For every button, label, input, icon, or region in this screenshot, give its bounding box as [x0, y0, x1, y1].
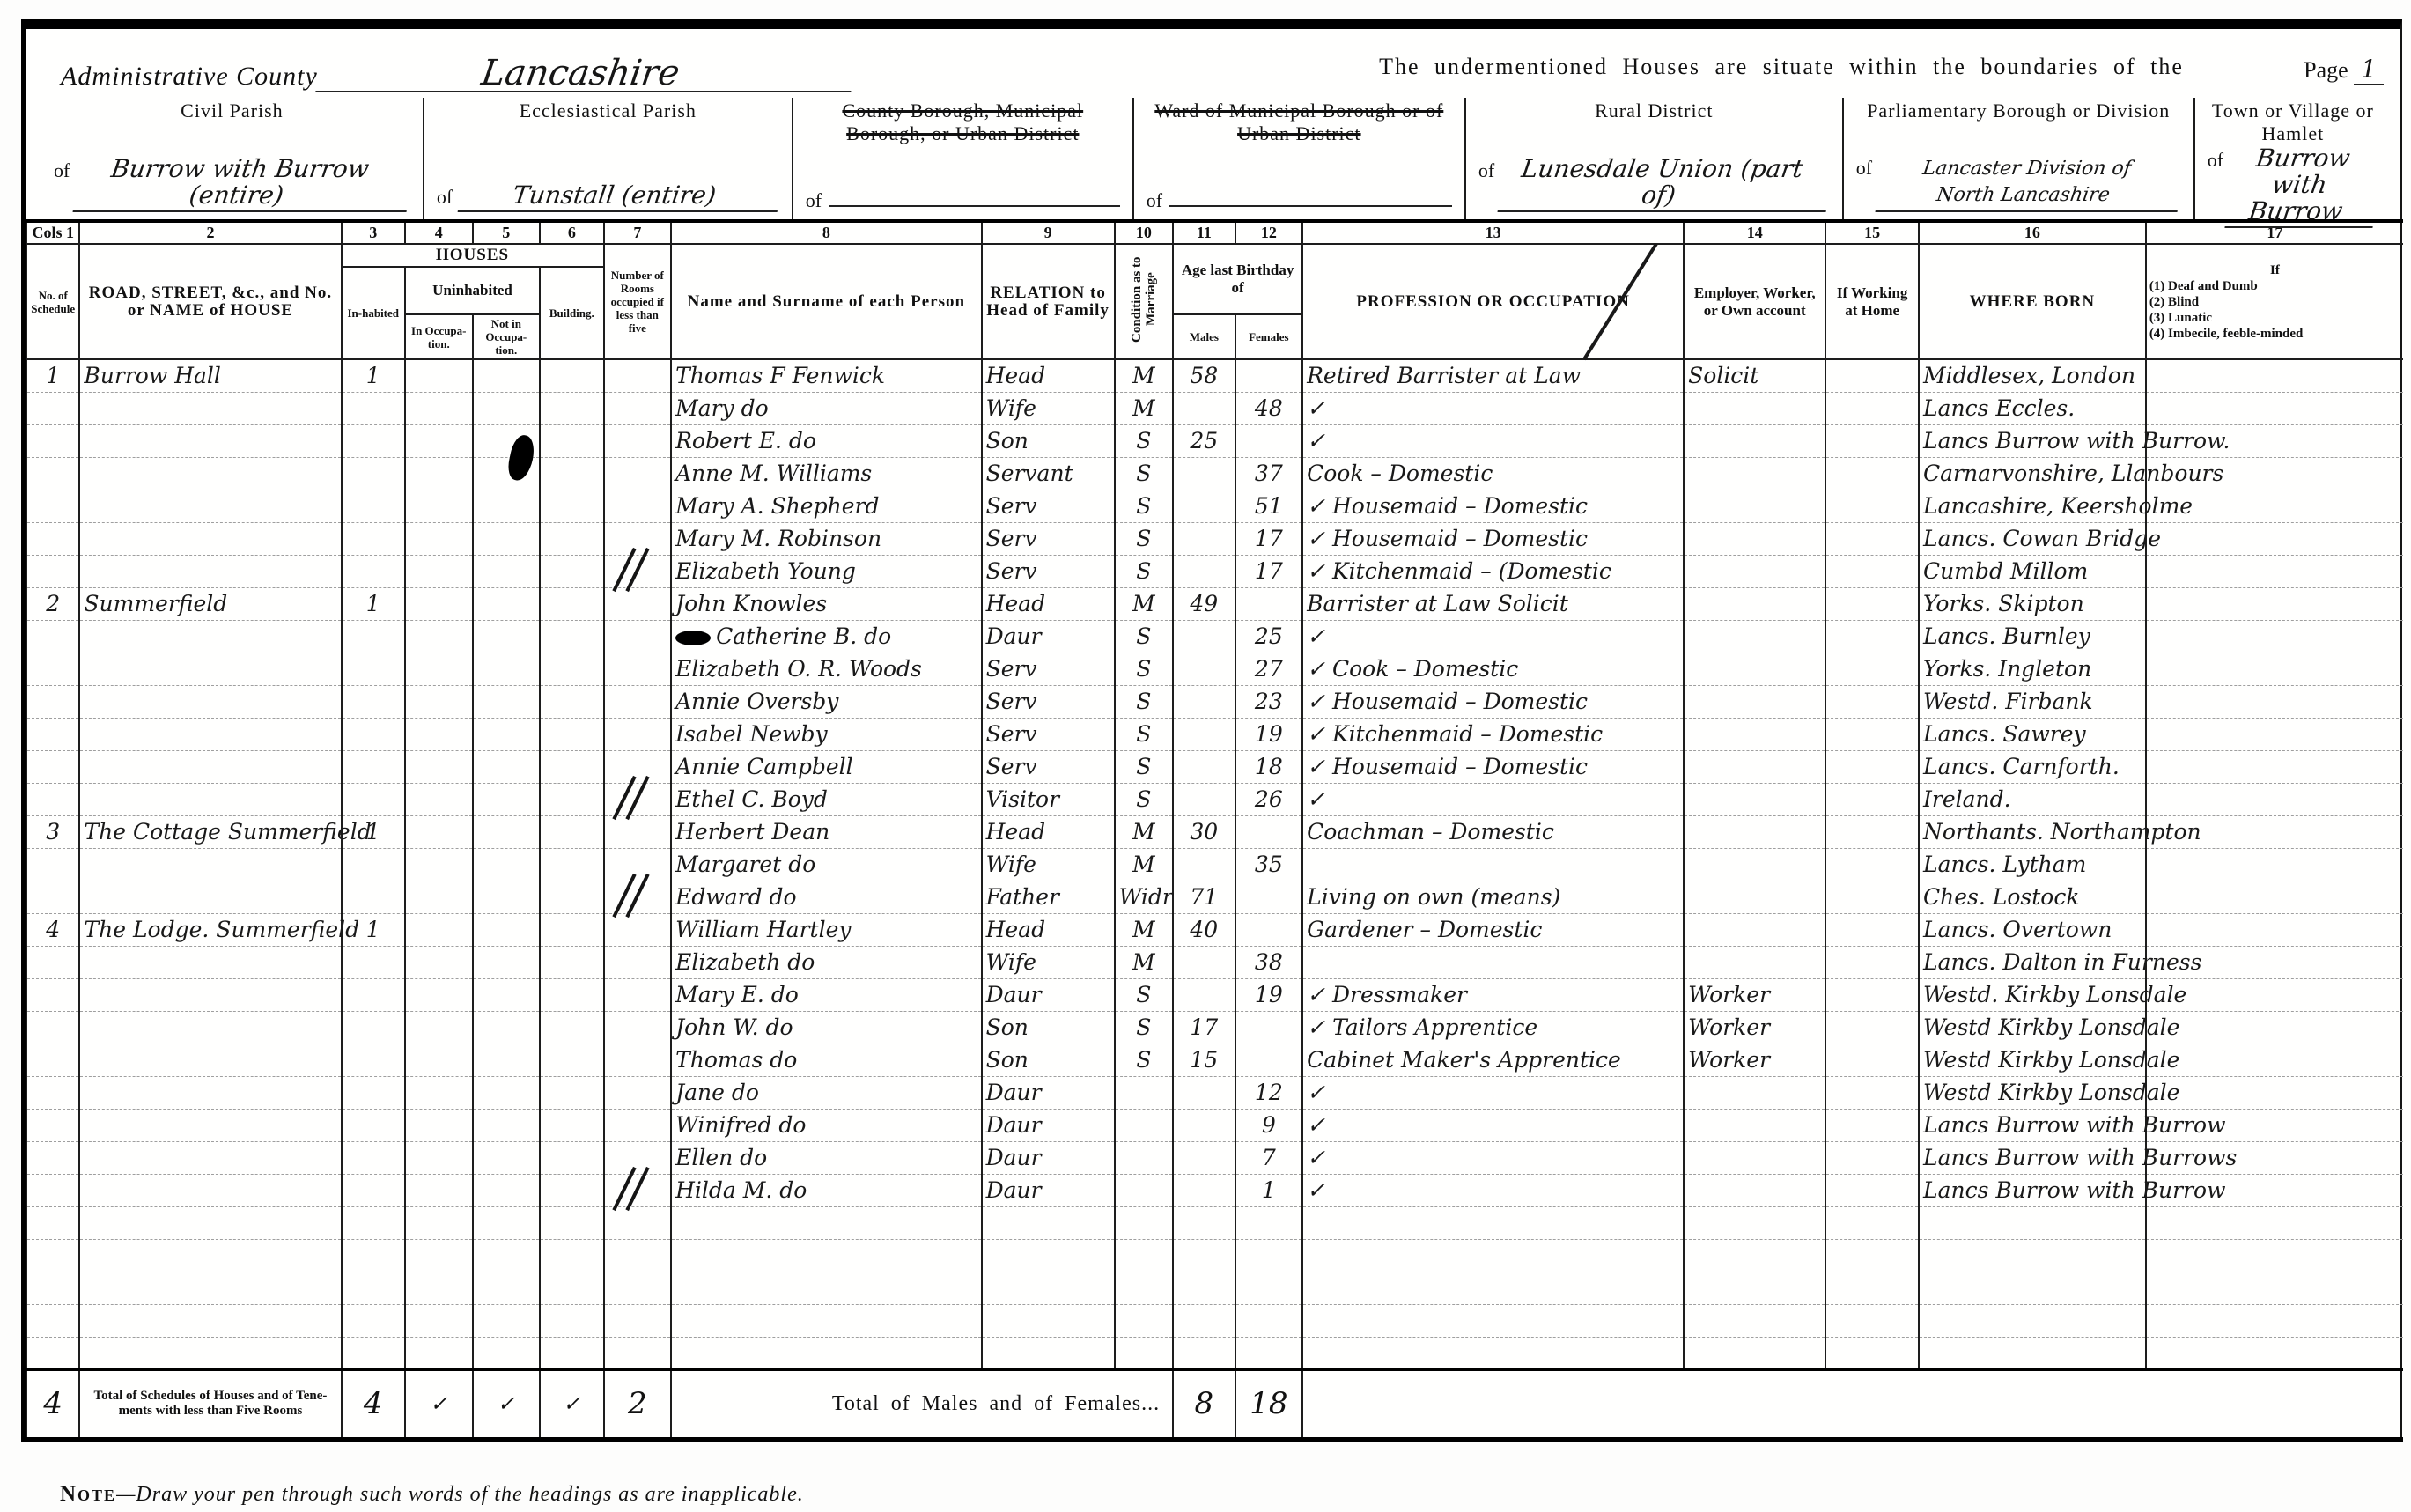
occupation-cell: ✓	[1302, 1109, 1684, 1141]
occupation-cell: ✓ Kitchenmaid – (Domestic	[1302, 555, 1684, 587]
occupation-cell: ✓	[1302, 1141, 1684, 1174]
person-name-cell: Catherine B. do	[671, 620, 981, 653]
employer-cell	[1684, 685, 1825, 718]
person-name-cell: Isabel Newby	[671, 718, 981, 750]
employer-cell	[1684, 1174, 1825, 1206]
rooms-cell	[604, 1304, 672, 1337]
table-header: Cols 1 2 3 4 5 6 7 8 9 10 11 12 13 14 15…	[26, 221, 2403, 359]
header-in-occupation: In Occupa-tion.	[405, 314, 473, 359]
person-name-cell	[671, 1304, 981, 1337]
header-relation: RELATION to Head of Family	[982, 244, 1115, 359]
where-born-cell: Lancs. Lytham	[1919, 848, 2146, 881]
schedule-number-cell	[26, 1141, 79, 1174]
occupation-cell: ✓ Dressmaker	[1302, 978, 1684, 1011]
working-at-home-cell	[1825, 1141, 1919, 1174]
uninhabited-not-occupation-cell	[473, 1141, 541, 1174]
building-cell	[540, 457, 604, 490]
person-name-cell: Herbert Dean	[671, 815, 981, 848]
relation-cell: Daur	[982, 1174, 1115, 1206]
occupation-cell: ✓ Housemaid – Domestic	[1302, 750, 1684, 783]
header-building: Building.	[540, 267, 604, 359]
building-cell	[540, 1174, 604, 1206]
totals-females: 18	[1235, 1369, 1303, 1440]
inhabited-cell	[342, 1337, 406, 1369]
age-male-cell	[1173, 1239, 1235, 1272]
infirmity-cell	[2146, 718, 2403, 750]
road-house-cell	[79, 522, 341, 555]
of-label: of	[2208, 149, 2223, 172]
relation-cell: Daur	[982, 620, 1115, 653]
uninhabited-in-occupation-cell	[405, 555, 473, 587]
inhabited-cell	[342, 1304, 406, 1337]
where-born-cell: Lancs. Carnforth.	[1919, 750, 2146, 783]
person-name-cell: William Hartley	[671, 913, 981, 946]
condition-cell: S	[1115, 783, 1173, 815]
road-house-cell	[79, 457, 341, 490]
building-cell	[540, 620, 604, 653]
col-number: 12	[1235, 221, 1303, 244]
condition-cell: S	[1115, 424, 1173, 457]
infirmity-cell	[2146, 1304, 2403, 1337]
occupation-cell: Cabinet Maker's Apprentice	[1302, 1044, 1684, 1076]
building-cell	[540, 653, 604, 685]
uninhabited-in-occupation-cell	[405, 978, 473, 1011]
infirmity-cell	[2146, 1239, 2403, 1272]
person-row: Winifred do Daur 9 ✓ Lancs Burrow with B…	[26, 1109, 2403, 1141]
condition-cell	[1115, 1206, 1173, 1239]
condition-cell: S	[1115, 653, 1173, 685]
employer-cell	[1684, 1109, 1825, 1141]
condition-cell: S	[1115, 620, 1173, 653]
relation-cell: Serv	[982, 718, 1115, 750]
inhabited-cell	[342, 783, 406, 815]
enumeration-table: Cols 1 2 3 4 5 6 7 8 9 10 11 12 13 14 15…	[26, 219, 2403, 1442]
rooms-cell	[604, 587, 672, 620]
uninhabited-in-occupation-cell	[405, 620, 473, 653]
uninhabited-in-occupation-cell	[405, 1174, 473, 1206]
field-parliamentary-borough: Parliamentary Borough or Division ofLanc…	[1844, 98, 2195, 219]
road-house-cell	[79, 783, 341, 815]
header-infirmity: If (1) Deaf and Dumb (2) Blind (3) Lunat…	[2146, 244, 2403, 359]
inhabited-cell	[342, 848, 406, 881]
person-row: Ethel C. Boyd Visitor S 26 ✓ Ireland.	[26, 783, 2403, 815]
rooms-cell	[604, 718, 672, 750]
where-born-cell	[1919, 1337, 2146, 1369]
rooms-cell	[604, 946, 672, 978]
uninhabited-not-occupation-cell	[473, 1304, 541, 1337]
col-number: 10	[1115, 221, 1173, 244]
uninhabited-not-occupation-cell	[473, 750, 541, 783]
working-at-home-cell	[1825, 1239, 1919, 1272]
working-at-home-cell	[1825, 1206, 1919, 1239]
infirmity-cell	[2146, 1011, 2403, 1044]
building-cell	[540, 1272, 604, 1304]
schedule-number-cell	[26, 1044, 79, 1076]
schedule-number-cell	[26, 750, 79, 783]
uninhabited-in-occupation-cell	[405, 1206, 473, 1239]
occupation-cell	[1302, 848, 1684, 881]
employer-cell	[1684, 1076, 1825, 1109]
age-male-cell	[1173, 522, 1235, 555]
age-male-cell	[1173, 946, 1235, 978]
working-at-home-cell	[1825, 1011, 1919, 1044]
col-number: 7	[604, 221, 672, 244]
census-page-scan: Administrative County Lancashire The und…	[0, 0, 2411, 1512]
employer-cell	[1684, 424, 1825, 457]
employer-cell	[1684, 1304, 1825, 1337]
note-word: Note	[60, 1482, 116, 1506]
rooms-cell	[604, 1239, 672, 1272]
employer-cell	[1684, 913, 1825, 946]
working-at-home-cell	[1825, 1174, 1919, 1206]
rooms-cell	[604, 1141, 672, 1174]
uninhabited-in-occupation-cell	[405, 1044, 473, 1076]
occupation-cell: ✓ Tailors Apprentice	[1302, 1011, 1684, 1044]
rooms-cell	[604, 620, 672, 653]
road-house-cell	[79, 620, 341, 653]
totals-check: ✓	[540, 1369, 604, 1440]
schedule-number-cell	[26, 783, 79, 815]
employer-cell	[1684, 587, 1825, 620]
infirmity-cell	[2146, 1076, 2403, 1109]
where-born-cell: Yorks. Ingleton	[1919, 653, 2146, 685]
uninhabited-in-occupation-cell	[405, 1109, 473, 1141]
age-male-cell	[1173, 1206, 1235, 1239]
uninhabited-in-occupation-cell	[405, 783, 473, 815]
person-row: Hilda M. do Daur 1 ✓ Lancs Burrow with B…	[26, 1174, 2403, 1206]
age-female-cell: 25	[1235, 620, 1303, 653]
building-cell	[540, 783, 604, 815]
inhabited-cell	[342, 653, 406, 685]
schedule-number-cell: 3	[26, 815, 79, 848]
building-cell	[540, 490, 604, 522]
relation-cell	[982, 1272, 1115, 1304]
road-house-cell	[79, 392, 341, 424]
occupation-cell: Living on own (means)	[1302, 881, 1684, 913]
header-band-districts: Civil Parish ofBurrow with Burrow (entir…	[26, 94, 2400, 219]
totals-rooms: 2	[604, 1369, 672, 1440]
employer-cell	[1684, 750, 1825, 783]
uninhabited-not-occupation-cell	[473, 718, 541, 750]
where-born-cell: Westd Kirkby Lonsdale	[1919, 1044, 2146, 1076]
field-rural-district: Rural District ofLunesdale Union (part o…	[1466, 98, 1844, 219]
header-uninhabited-group: Uninhabited	[405, 267, 540, 314]
building-cell	[540, 718, 604, 750]
col-number: 13	[1302, 221, 1684, 244]
inhabited-cell	[342, 750, 406, 783]
road-house-cell	[79, 653, 341, 685]
person-row: Elizabeth Young Serv S 17 ✓ Kitchenmaid …	[26, 555, 2403, 587]
age-female-cell: 1	[1235, 1174, 1303, 1206]
schedule-number-cell	[26, 1076, 79, 1109]
situate-line: The undermentioned Houses are situate wi…	[1346, 54, 2216, 92]
column-labels-row-1: No. of Schedule ROAD, STREET, &c., and N…	[26, 244, 2403, 267]
civil-parish-label: Civil Parish	[50, 100, 414, 122]
schedule-number-cell	[26, 685, 79, 718]
inhabited-cell	[342, 1272, 406, 1304]
condition-cell	[1115, 1239, 1173, 1272]
infirmity-cell	[2146, 392, 2403, 424]
occupation-cell	[1302, 946, 1684, 978]
person-row: Anne M. Williams Servant S 37 Cook – Dom…	[26, 457, 2403, 490]
working-at-home-cell	[1825, 1076, 1919, 1109]
where-born-cell	[1919, 1272, 2146, 1304]
road-house-cell	[79, 685, 341, 718]
infirmity-cell	[2146, 881, 2403, 913]
schedule-number-cell	[26, 1337, 79, 1369]
schedule-number-cell	[26, 718, 79, 750]
person-row: Annie Campbell Serv S 18 ✓ Housemaid – D…	[26, 750, 2403, 783]
person-name-cell: Edward do	[671, 881, 981, 913]
age-male-cell	[1173, 1076, 1235, 1109]
age-female-cell	[1235, 359, 1303, 392]
where-born-cell: Northants. Northampton	[1919, 815, 2146, 848]
rooms-cell	[604, 783, 672, 815]
condition-cell: S	[1115, 522, 1173, 555]
ward-value	[1169, 203, 1452, 207]
age-male-cell	[1173, 718, 1235, 750]
road-house-cell	[79, 1109, 341, 1141]
schedule-number-cell	[26, 424, 79, 457]
occupation-cell: ✓ Cook – Domestic	[1302, 653, 1684, 685]
note-text: —Draw your pen through such words of the…	[116, 1483, 804, 1506]
working-at-home-cell	[1825, 1304, 1919, 1337]
occupation-cell: Barrister at Law Solicit	[1302, 587, 1684, 620]
condition-cell: S	[1115, 1044, 1173, 1076]
totals-blank	[1302, 1369, 2403, 1440]
age-female-cell: 26	[1235, 783, 1303, 815]
working-at-home-cell	[1825, 783, 1919, 815]
where-born-cell: Lancs Burrow with Burrow	[1919, 1174, 2146, 1206]
employer-cell	[1684, 490, 1825, 522]
page-number-field: Page 1	[2216, 55, 2384, 92]
condition-cell: S	[1115, 490, 1173, 522]
rooms-cell	[604, 522, 672, 555]
where-born-cell: Westd Kirkby Lonsdale	[1919, 1076, 2146, 1109]
uninhabited-not-occupation-cell	[473, 1076, 541, 1109]
schedule-number-cell	[26, 881, 79, 913]
rooms-cell	[604, 913, 672, 946]
road-house-cell	[79, 1304, 341, 1337]
occupation-cell: ✓	[1302, 1076, 1684, 1109]
working-at-home-cell	[1825, 718, 1919, 750]
building-cell	[540, 750, 604, 783]
person-name-cell: Elizabeth do	[671, 946, 981, 978]
road-house-cell	[79, 718, 341, 750]
relation-cell: Serv	[982, 685, 1115, 718]
schedule-number-cell	[26, 522, 79, 555]
where-born-cell: Middlesex, London	[1919, 359, 2146, 392]
uninhabited-in-occupation-cell	[405, 653, 473, 685]
building-cell	[540, 946, 604, 978]
person-row: Mary A. Shepherd Serv S 51 ✓ Housemaid –…	[26, 490, 2403, 522]
building-cell	[540, 1011, 604, 1044]
age-male-cell	[1173, 1174, 1235, 1206]
age-male-cell	[1173, 457, 1235, 490]
col-number: 8	[671, 221, 981, 244]
person-row: 2 Summerfield 1 John Knowles Head M 49 B…	[26, 587, 2403, 620]
occupation-cell: Cook – Domestic	[1302, 457, 1684, 490]
person-name-cell: John W. do	[671, 1011, 981, 1044]
uninhabited-in-occupation-cell	[405, 392, 473, 424]
working-at-home-cell	[1825, 392, 1919, 424]
schedule-number-cell	[26, 457, 79, 490]
relation-cell: Wife	[982, 946, 1115, 978]
building-cell	[540, 587, 604, 620]
totals-check: ✓	[405, 1369, 473, 1440]
where-born-cell: Ches. Lostock	[1919, 881, 2146, 913]
rooms-cell	[604, 653, 672, 685]
uninhabited-not-occupation-cell	[473, 359, 541, 392]
schedule-number-cell	[26, 946, 79, 978]
field-ecclesiastical-parish: Ecclesiastical Parish ofTunstall (entire…	[424, 98, 793, 219]
rooms-cell	[604, 848, 672, 881]
inhabited-cell	[342, 1076, 406, 1109]
infirmity-cell	[2146, 848, 2403, 881]
infirmity-cell	[2146, 620, 2403, 653]
person-name-cell: Elizabeth Young	[671, 555, 981, 587]
header-band-county: Administrative County Lancashire The und…	[26, 29, 2400, 94]
uninhabited-not-occupation-cell	[473, 457, 541, 490]
road-house-cell	[79, 1239, 341, 1272]
building-cell	[540, 685, 604, 718]
header-houses-group: HOUSES	[342, 244, 604, 267]
inhabited-cell	[342, 1011, 406, 1044]
person-name-cell	[671, 1337, 981, 1369]
person-name-cell: Margaret do	[671, 848, 981, 881]
condition-cell: S	[1115, 685, 1173, 718]
occupation-cell	[1302, 1239, 1684, 1272]
county-borough-label-struck: County Borough, Municipal Borough, or Ur…	[802, 100, 1124, 145]
inhabited-cell	[342, 392, 406, 424]
rooms-cell	[604, 1044, 672, 1076]
person-name-cell: Mary E. do	[671, 978, 981, 1011]
employer-cell	[1684, 783, 1825, 815]
age-male-cell	[1173, 1304, 1235, 1337]
header-profession: PROFESSION OR OCCUPATION	[1302, 244, 1684, 359]
infirmity-cell	[2146, 685, 2403, 718]
uninhabited-not-occupation-cell	[473, 783, 541, 815]
age-female-cell	[1235, 1304, 1303, 1337]
age-female-cell: 17	[1235, 522, 1303, 555]
schedule-number-cell	[26, 1011, 79, 1044]
age-male-cell: 40	[1173, 913, 1235, 946]
condition-cell: S	[1115, 978, 1173, 1011]
age-male-cell	[1173, 978, 1235, 1011]
town-village-label: Town or Village or Hamlet	[2204, 100, 2382, 145]
col-number: 11	[1173, 221, 1235, 244]
person-name-cell	[671, 1206, 981, 1239]
relation-cell: Son	[982, 1044, 1115, 1076]
ecclesiastical-parish-label: Ecclesiastical Parish	[433, 100, 783, 122]
header-home: If Working at Home	[1825, 244, 1919, 359]
working-at-home-cell	[1825, 913, 1919, 946]
person-name-cell: Jane do	[671, 1076, 981, 1109]
road-house-cell	[79, 1174, 341, 1206]
age-female-cell: 7	[1235, 1141, 1303, 1174]
uninhabited-in-occupation-cell	[405, 1239, 473, 1272]
employer-cell	[1684, 522, 1825, 555]
employer-cell	[1684, 620, 1825, 653]
uninhabited-in-occupation-cell	[405, 750, 473, 783]
totals-houses-inhabited: 4	[342, 1369, 406, 1440]
schedule-number-cell	[26, 1206, 79, 1239]
age-female-cell	[1235, 1272, 1303, 1304]
condition-cell: S	[1115, 457, 1173, 490]
age-female-cell: 38	[1235, 946, 1303, 978]
person-row: Ellen do Daur 7 ✓ Lancs Burrow with Burr…	[26, 1141, 2403, 1174]
relation-cell	[982, 1304, 1115, 1337]
administrative-county-field: Administrative County Lancashire	[61, 57, 1346, 92]
building-cell	[540, 1337, 604, 1369]
uninhabited-in-occupation-cell	[405, 1337, 473, 1369]
uninhabited-in-occupation-cell	[405, 1304, 473, 1337]
uninhabited-in-occupation-cell	[405, 1011, 473, 1044]
where-born-cell: Lancs. Overtown	[1919, 913, 2146, 946]
totals-schedules-label: Total of Schedules of Houses and of Tene…	[79, 1369, 341, 1440]
schedule-number-cell	[26, 1109, 79, 1141]
where-born-cell: Ireland.	[1919, 783, 2146, 815]
employer-cell	[1684, 881, 1825, 913]
relation-cell: Daur	[982, 1076, 1115, 1109]
age-female-cell	[1235, 881, 1303, 913]
where-born-cell	[1919, 1239, 2146, 1272]
employer-cell: Worker	[1684, 978, 1825, 1011]
header-road: ROAD, STREET, &c., and No. or NAME of HO…	[79, 244, 341, 359]
of-label: of	[1478, 159, 1494, 182]
where-born-cell: Yorks. Skipton	[1919, 587, 2146, 620]
inhabited-cell	[342, 490, 406, 522]
age-female-cell	[1235, 424, 1303, 457]
col-number: 6	[540, 221, 604, 244]
person-name-cell: Thomas do	[671, 1044, 981, 1076]
age-male-cell	[1173, 1272, 1235, 1304]
administrative-county-label: Administrative County	[61, 62, 318, 92]
person-name-cell	[671, 1272, 981, 1304]
condition-cell	[1115, 1337, 1173, 1369]
column-numbers-row: Cols 1 2 3 4 5 6 7 8 9 10 11 12 13 14 15…	[26, 221, 2403, 244]
uninhabited-in-occupation-cell	[405, 1141, 473, 1174]
schedule-number-cell	[26, 620, 79, 653]
occupation-cell: Retired Barrister at Law	[1302, 359, 1684, 392]
rooms-cell	[604, 424, 672, 457]
inhabited-cell	[342, 1044, 406, 1076]
age-male-cell	[1173, 620, 1235, 653]
building-cell	[540, 1304, 604, 1337]
age-female-cell: 9	[1235, 1109, 1303, 1141]
occupation-cell: ✓ Housemaid – Domestic	[1302, 490, 1684, 522]
uninhabited-not-occupation-cell	[473, 522, 541, 555]
age-male-cell	[1173, 1141, 1235, 1174]
age-female-cell	[1235, 587, 1303, 620]
condition-cell	[1115, 1272, 1173, 1304]
where-born-cell: Lancs Burrow with Burrows	[1919, 1141, 2146, 1174]
relation-cell: Head	[982, 815, 1115, 848]
person-row: Margaret do Wife M 35 Lancs. Lytham	[26, 848, 2403, 881]
page-number-value: 1	[2354, 55, 2384, 85]
employer-cell	[1684, 1206, 1825, 1239]
uninhabited-in-occupation-cell	[405, 1076, 473, 1109]
relation-cell: Wife	[982, 392, 1115, 424]
col-number: 2	[79, 221, 341, 244]
totals-males-females-label: Total of Males and of Females...	[671, 1369, 1173, 1440]
rooms-cell	[604, 1011, 672, 1044]
working-at-home-cell	[1825, 848, 1919, 881]
header-born: WHERE BORN	[1919, 244, 2146, 359]
uninhabited-not-occupation-cell	[473, 392, 541, 424]
condition-cell	[1115, 1141, 1173, 1174]
condition-cell: S	[1115, 750, 1173, 783]
